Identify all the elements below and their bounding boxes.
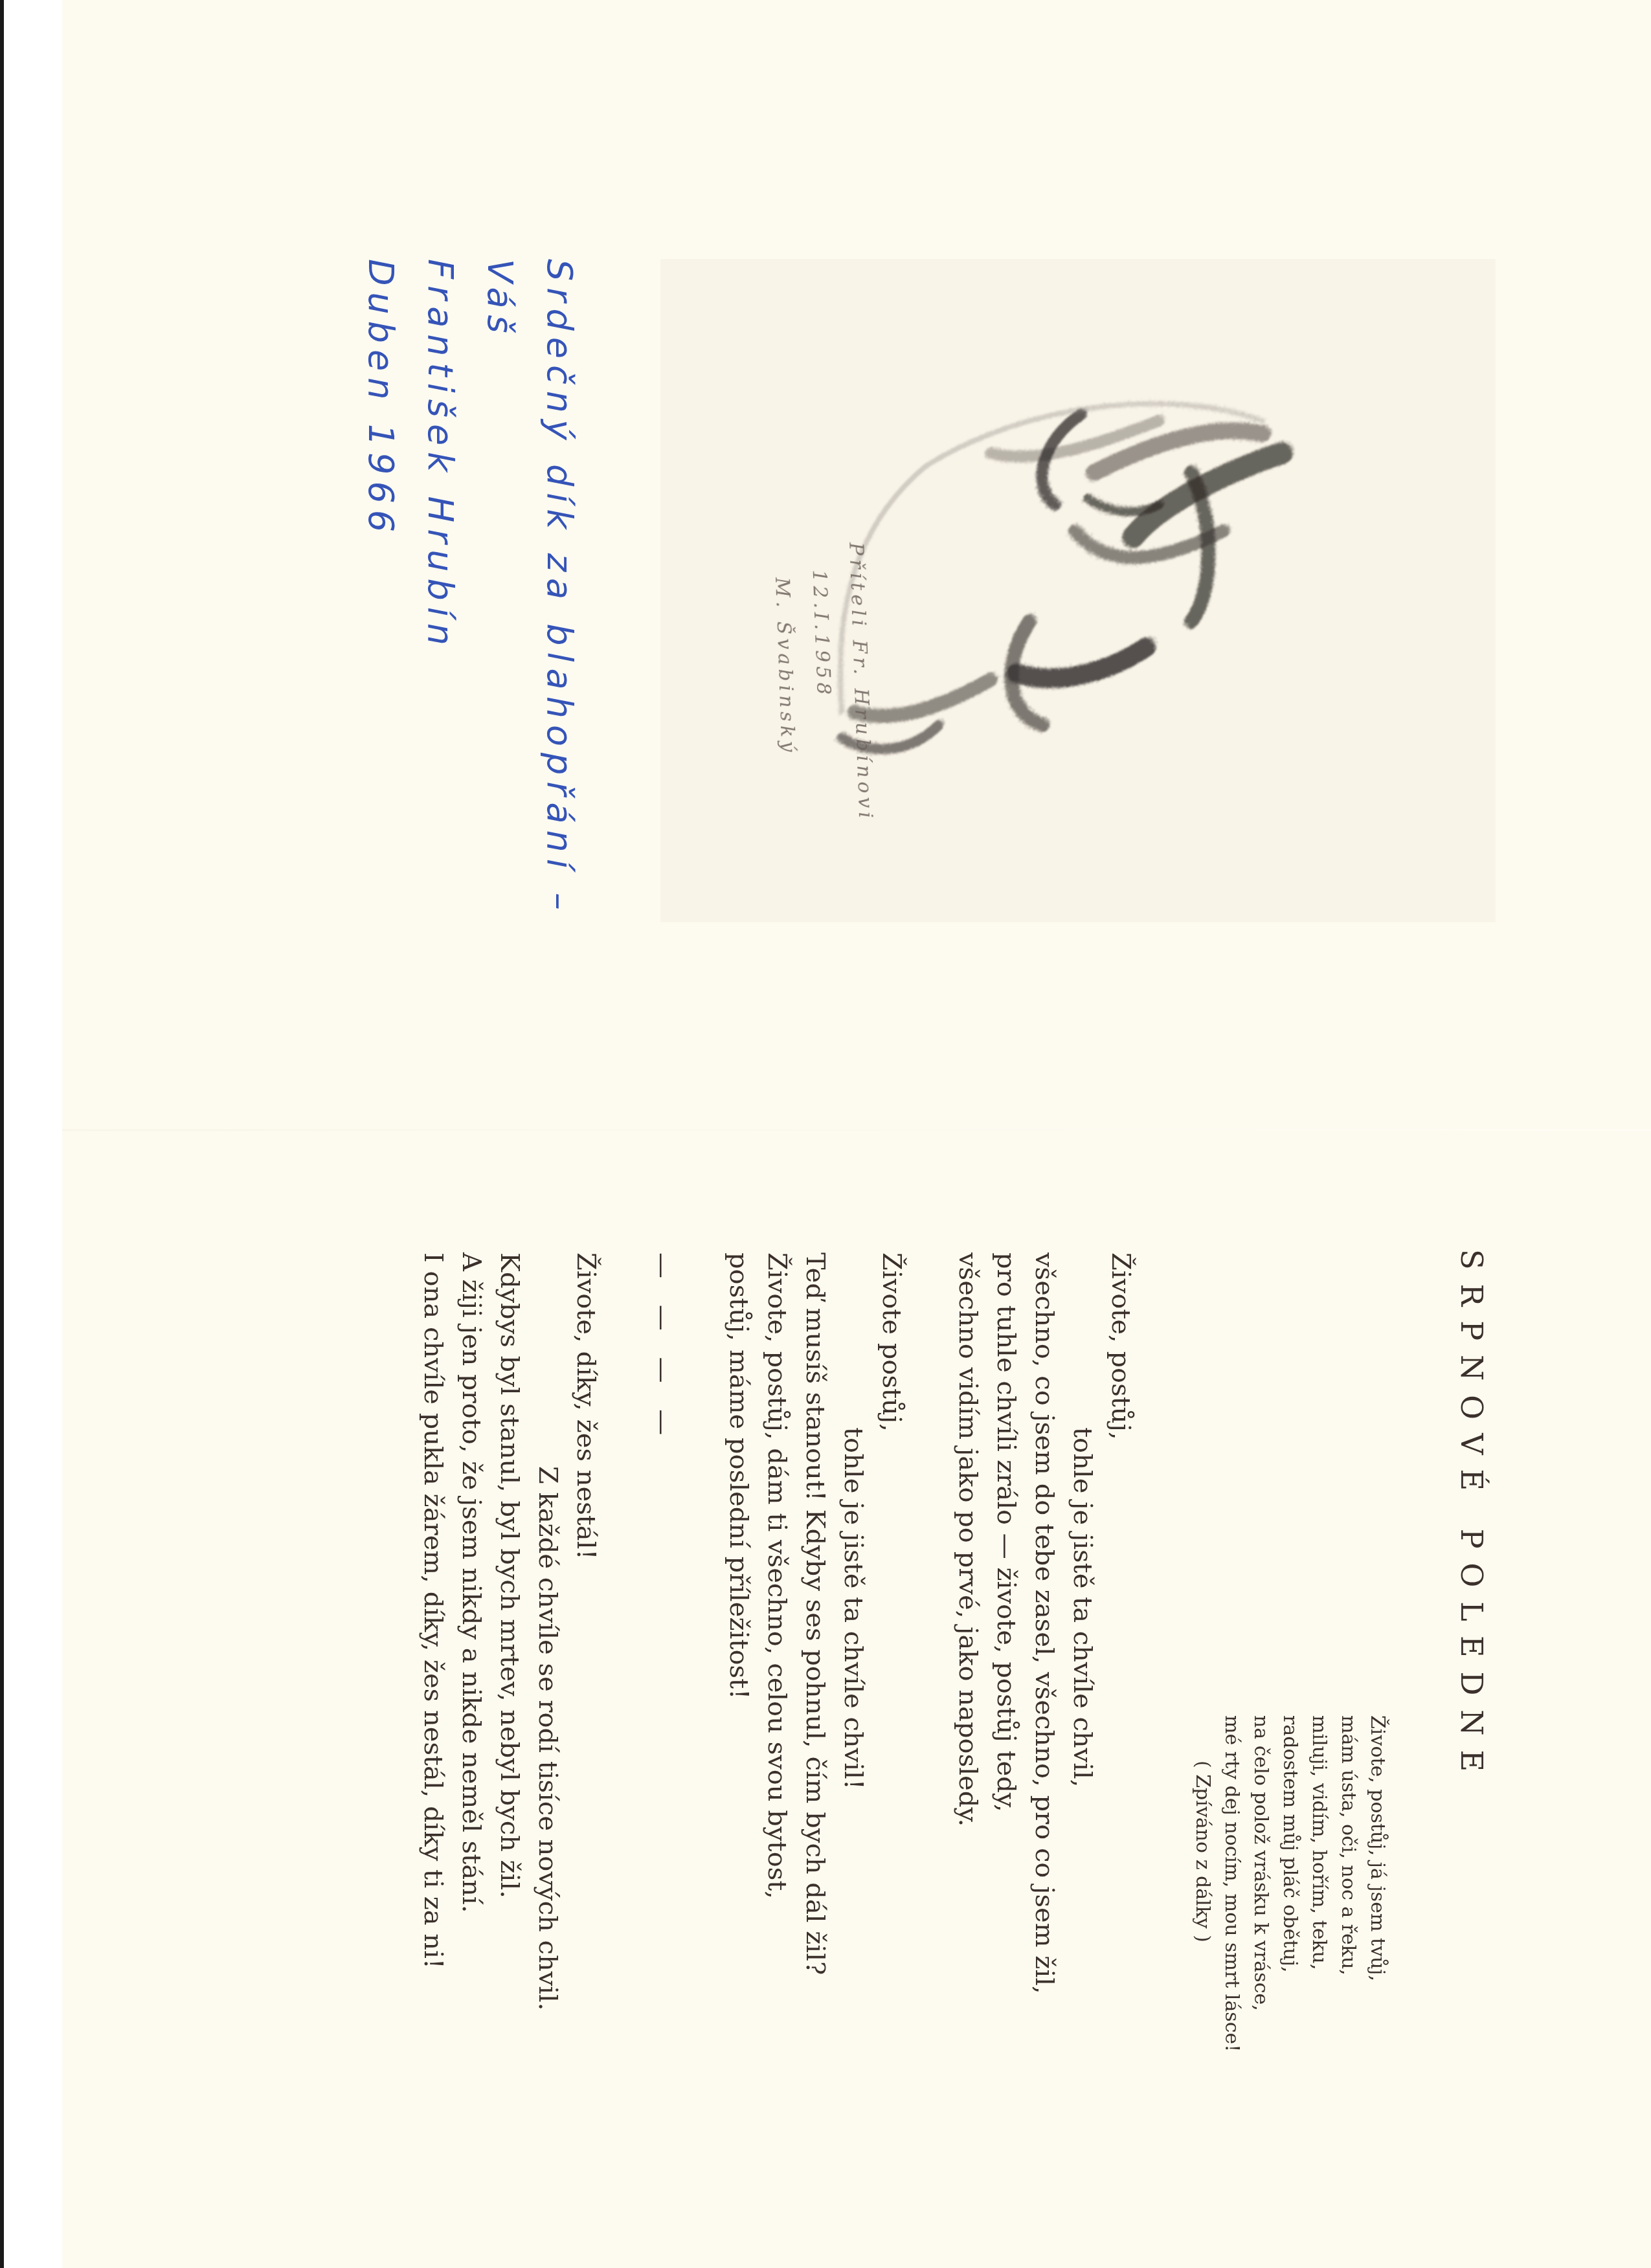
poem-line: tohle je jistě ta chvíle chvil, bbox=[1063, 1252, 1101, 2262]
epigraph: Živote, postůj, já jsem tvůj, mám ústa, … bbox=[1188, 1715, 1392, 2168]
stanza-gap bbox=[681, 1252, 719, 2262]
stanza-gap bbox=[605, 1252, 643, 2262]
poem-line: Kdybys byl stanul, byl bych mrtev, nebyl… bbox=[490, 1252, 528, 2262]
dedication-signature: František Hrubín bbox=[410, 259, 470, 1100]
poem-line: pro tuhle chvíli zrálo — živote, postůj … bbox=[987, 1252, 1025, 2262]
separator-dashes: — — — — bbox=[643, 1252, 681, 2262]
poem-title: SRPNOVÉ POLEDNE bbox=[1454, 1249, 1489, 1786]
dedication-line: Srdečný dík za blahopřání – bbox=[530, 259, 589, 1100]
fold-line bbox=[62, 1129, 1651, 1131]
pencil-inscription: Příteli Fr. Hrubínovi 12.I.1958 M. Švabi… bbox=[761, 542, 886, 908]
epigraph-line: Živote, postůj, já jsem tvůj, bbox=[1363, 1715, 1392, 2168]
poem-line: všechno vidím jako po prvé, jako naposle… bbox=[949, 1252, 987, 2262]
document-sheet: Příteli Fr. Hrubínovi 12.I.1958 M. Švabi… bbox=[62, 0, 1651, 2268]
poem-line: postůj, máme poslední příležitost! bbox=[719, 1252, 758, 2262]
poem-line: všechno, co jsem do tebe zasel, všechno,… bbox=[1025, 1252, 1063, 2262]
poem-line: Živote, díky, žes nestál! bbox=[567, 1252, 605, 2262]
epigraph-line: radostem můj pláč obětuj, bbox=[1275, 1715, 1305, 2168]
epigraph-line: mám ústa, oči, noc a řeku, bbox=[1334, 1715, 1363, 2168]
stanza-separator: — — — — bbox=[643, 1252, 681, 2262]
epigraph-source: ( Zpíváno z dálky ) bbox=[1188, 1715, 1217, 2168]
poem-line: I ona chvíle pukla žárem, díky, žes nest… bbox=[414, 1252, 452, 2262]
dedication-date: Duben 1966 bbox=[351, 259, 410, 1100]
stanza-gap bbox=[910, 1252, 949, 2262]
stanza: Živote postůj,tohle je jistě ta chvíle c… bbox=[719, 1252, 910, 2262]
poem-body: Živote, postůj,tohle je jistě ta chvíle … bbox=[414, 1252, 1140, 2262]
epigraph-line: na čelo polož vrásku k vrásce, bbox=[1246, 1715, 1275, 2168]
handwritten-dedication: Srdečný dík za blahopřání – Váš Františe… bbox=[351, 259, 589, 1100]
poem-line: tohle je jistě ta chvíle chvil! bbox=[834, 1252, 872, 2262]
poem-line: Teď musíš stanout! Kdyby ses pohnul, čím… bbox=[796, 1252, 834, 2262]
epigraph-line: miluji, vidím, hořím, teku, bbox=[1305, 1715, 1334, 2168]
poem-line: Živote, postůj, bbox=[1101, 1252, 1140, 2262]
stanza: Živote, postůj,tohle je jistě ta chvíle … bbox=[949, 1252, 1140, 2262]
scanner-margin bbox=[4, 0, 62, 2268]
poem-line: A žiji jen proto, že jsem nikdy a nikde … bbox=[452, 1252, 490, 2262]
stanza: Živote, díky, žes nestál!Z každé chvíle … bbox=[414, 1252, 605, 2262]
poem-line: Z každé chvíle se rodí tisíce nových chv… bbox=[528, 1252, 567, 2262]
epigraph-line: mé rty dej nocím, mou smrt lásce! bbox=[1217, 1715, 1246, 2168]
poem-line: Živote postůj, bbox=[872, 1252, 910, 2262]
poem-line: Živote, postůj, dám ti všechno, celou sv… bbox=[758, 1252, 796, 2262]
dedication-line: Váš bbox=[470, 259, 530, 1100]
